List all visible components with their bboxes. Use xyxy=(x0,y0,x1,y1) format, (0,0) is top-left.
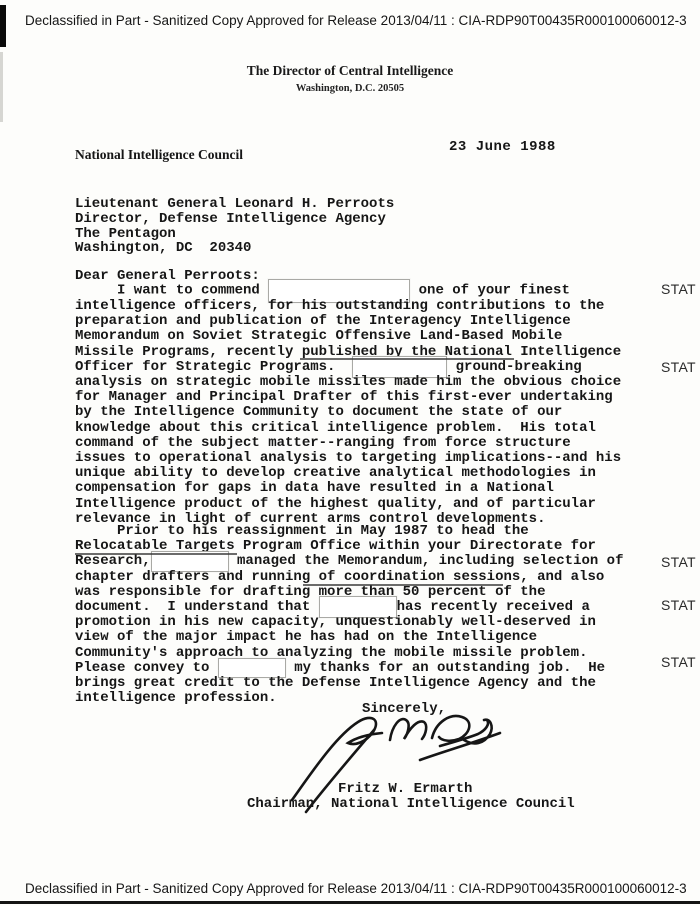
recipient-line: Director, Defense Intelligence Agency xyxy=(75,212,394,227)
declassification-banner-top: Declassified in Part - Sanitized Copy Ap… xyxy=(25,13,685,28)
stat-margin-note: STAT xyxy=(661,597,696,613)
salutation: Dear General Perroots: xyxy=(75,268,260,284)
body-paragraph-2: Prior to his reassignment in May 1987 to… xyxy=(75,524,675,706)
paragraph-text: I want to commend xyxy=(75,283,268,299)
letter-date: 23 June 1988 xyxy=(449,139,556,155)
signer-name: Fritz W. Ermarth xyxy=(338,781,472,797)
signer-title: Chairman, National Intelligence Council xyxy=(247,796,575,812)
recipient-address-block: Lieutenant General Leonard H. PerrootsDi… xyxy=(75,197,394,256)
scanned-letter-page: Declassified in Part - Sanitized Copy Ap… xyxy=(0,0,700,906)
stat-margin-note: STAT xyxy=(661,654,696,670)
scan-edge-mark xyxy=(0,5,6,47)
recipient-line: Washington, DC 20340 xyxy=(75,241,394,256)
declassification-banner-bottom: Declassified in Part - Sanitized Copy Ap… xyxy=(25,881,685,896)
letterhead-title: The Director of Central Intelligence xyxy=(0,63,700,79)
letterhead: The Director of Central Intelligence Was… xyxy=(0,63,700,94)
stat-margin-note: STAT xyxy=(661,359,696,375)
paragraph-text: ground-breaking analysis on strategic mo… xyxy=(75,359,621,527)
office-name: National Intelligence Council xyxy=(75,147,243,163)
letterhead-address: Washington, D.C. 20505 xyxy=(0,83,700,94)
stat-margin-note: STAT xyxy=(661,281,696,297)
body-paragraph-1: I want to commend one of your finest int… xyxy=(75,283,675,527)
scan-bottom-edge xyxy=(0,901,700,904)
recipient-line: The Pentagon xyxy=(75,227,394,242)
recipient-line: Lieutenant General Leonard H. Perroots xyxy=(75,197,394,212)
pen-underline-mark xyxy=(75,553,237,555)
stat-margin-note: STAT xyxy=(661,554,696,570)
pen-underline-mark xyxy=(300,358,514,360)
pen-underline-mark xyxy=(303,584,503,586)
